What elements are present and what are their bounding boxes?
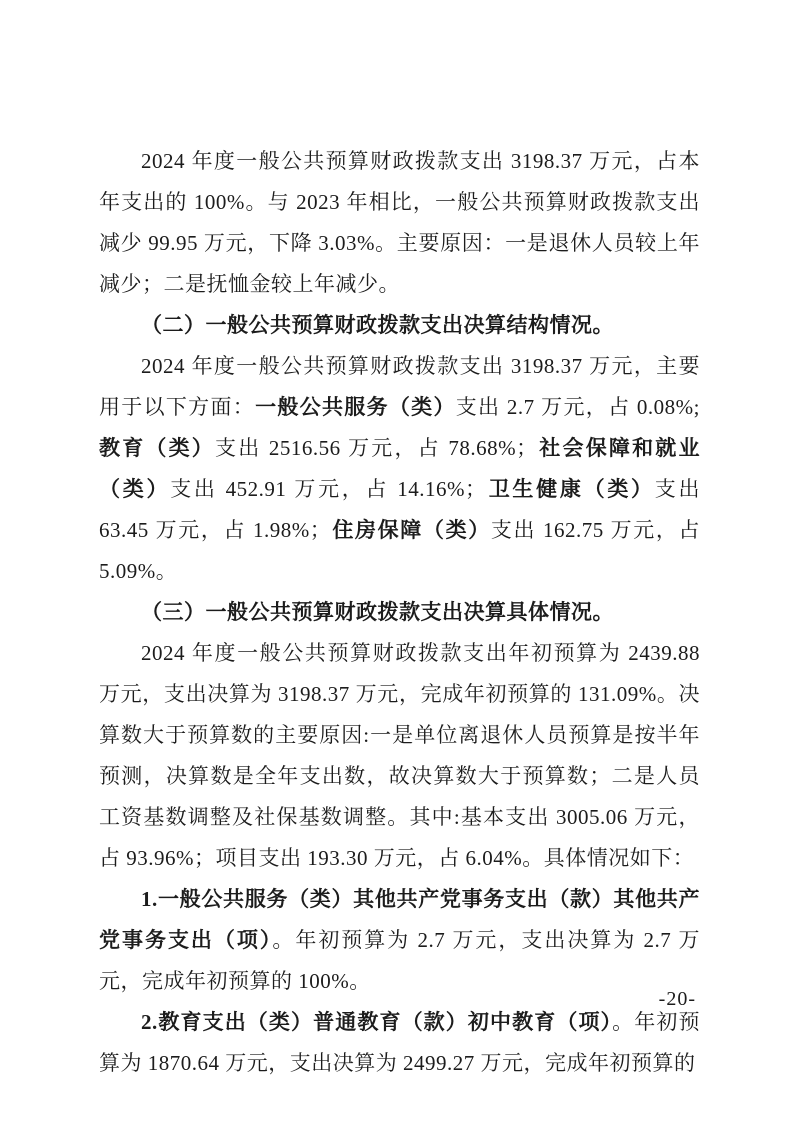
heading-structure-section: （二）一般公共预算财政拨款支出决算结构情况。 [99, 305, 700, 346]
para-structure-detail: 2024 年度一般公共预算财政拨款支出 3198.37 万元，主要用于以下方面：… [99, 346, 700, 592]
page-number: -20- [659, 986, 696, 1012]
para-item-1: 1.一般公共服务（类）其他共产党事务支出（款）其他共产党事务支出（项）。年初预算… [99, 879, 700, 1002]
document-body: 2024 年度一般公共预算财政拨款支出 3198.37 万元，占本年支出的 10… [99, 141, 700, 1084]
para-specific-overview: 2024 年度一般公共预算财政拨款支出年初预算为 2439.88 万元，支出决算… [99, 633, 700, 879]
heading-specific-section: （三）一般公共预算财政拨款支出决算具体情况。 [99, 592, 700, 633]
document-page: 2024 年度一般公共预算财政拨款支出 3198.37 万元，占本年支出的 10… [0, 0, 793, 1122]
para-item-2: 2.教育支出（类）普通教育（款）初中教育（项）。年初预算为 1870.64 万元… [99, 1002, 700, 1084]
para-expenditure-overview: 2024 年度一般公共预算财政拨款支出 3198.37 万元，占本年支出的 10… [99, 141, 700, 305]
